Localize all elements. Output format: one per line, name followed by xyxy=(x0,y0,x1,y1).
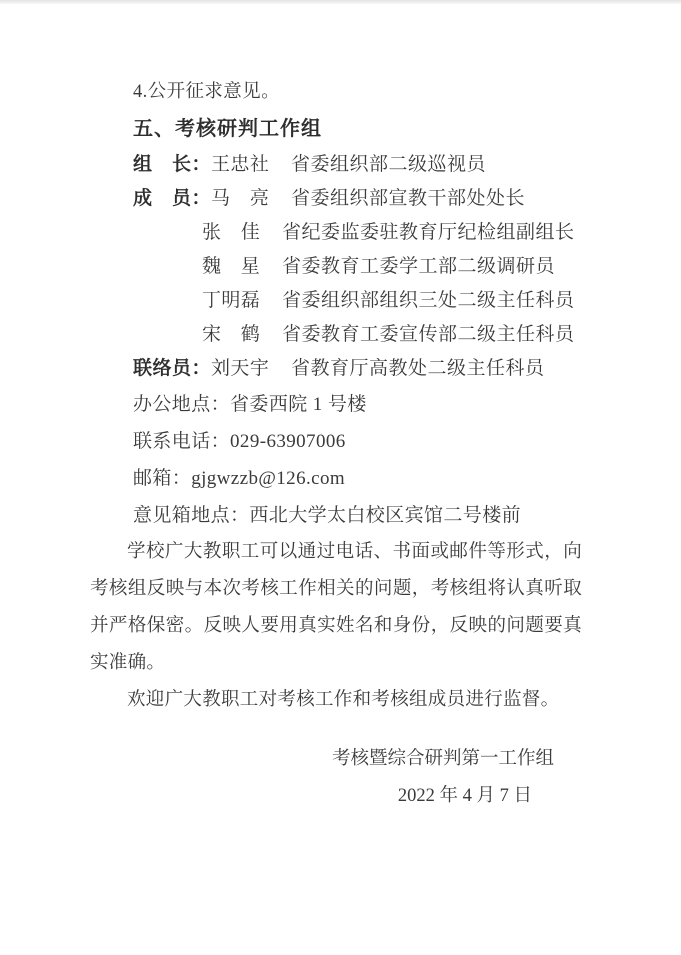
body-paragraph: 欢迎广大教职工对考核工作和考核组成员进行监督。 xyxy=(90,682,582,719)
contact-label: 联系电话： xyxy=(133,431,230,452)
roster-title: 省纪委监委驻教育厅纪检组副组长 xyxy=(282,222,575,243)
page-top-edge xyxy=(0,0,681,4)
contact-row-office: 办公地点：省委西院 1 号楼 xyxy=(90,386,582,423)
roster-title: 省教育厅高教处二级主任科员 xyxy=(291,358,545,379)
roster-name: 魏 星 xyxy=(202,250,264,284)
intro-line: 4.公开征求意见。 xyxy=(90,74,582,111)
signature-block: 考核暨综合研判第一工作组 2022 年 4 月 7 日 xyxy=(90,741,582,815)
contact-row-email: 邮箱：gjgwzzb@126.com xyxy=(90,460,582,497)
roster-row-member: 丁明磊省委组织部组织三处二级主任科员 xyxy=(90,284,582,318)
roster-row-member: 魏 星省委教育工委学工部二级调研员 xyxy=(90,250,582,284)
roster-label: 成 员： xyxy=(133,188,211,209)
roster-row-member: 宋 鹤省委教育工委宣传部二级主任科员 xyxy=(90,318,582,352)
body-paragraph: 学校广大教职工可以通过电话、书面或邮件等形式，向考核组反映与本次考核工作相关的问… xyxy=(90,534,582,682)
roster-label: 联络员： xyxy=(133,358,211,379)
contact-value: gjgwzzb@126.com xyxy=(191,468,345,489)
roster-title: 省委组织部组织三处二级主任科员 xyxy=(282,290,575,311)
section-heading: 五、考核研判工作组 xyxy=(90,111,582,148)
roster-name: 马 亮 xyxy=(211,182,273,216)
contact-value: 省委西院 1 号楼 xyxy=(230,394,367,415)
roster-row-liaison: 联络员：刘天宇省教育厅高教处二级主任科员 xyxy=(90,352,582,386)
roster-title: 省委教育工委宣传部二级主任科员 xyxy=(282,324,575,345)
roster-name: 张 佳 xyxy=(202,216,264,250)
contact-row-suggestion-box: 意见箱地点：西北大学太白校区宾馆二号楼前 xyxy=(90,497,582,534)
roster-name: 宋 鹤 xyxy=(202,318,264,352)
contact-label: 办公地点： xyxy=(133,394,230,415)
roster-name: 刘天宇 xyxy=(211,352,273,386)
contact-value: 西北大学太白校区宾馆二号楼前 xyxy=(249,505,521,526)
roster-title: 省委教育工委学工部二级调研员 xyxy=(282,256,555,277)
roster-name: 丁明磊 xyxy=(202,284,264,318)
signature-org: 考核暨综合研判第一工作组 xyxy=(90,741,582,778)
roster-row-member: 成 员：马 亮省委组织部宣教干部处处长 xyxy=(90,182,582,216)
roster-label: 组 长： xyxy=(133,154,211,175)
roster-name: 王忠社 xyxy=(211,148,273,182)
contact-label: 意见箱地点： xyxy=(133,505,249,526)
document-page: 4.公开征求意见。 五、考核研判工作组 组 长：王忠社省委组织部二级巡视员 成 … xyxy=(90,74,582,815)
roster-title: 省委组织部二级巡视员 xyxy=(291,154,486,175)
contact-label: 邮箱： xyxy=(133,468,191,489)
roster-row-leader: 组 长：王忠社省委组织部二级巡视员 xyxy=(90,148,582,182)
contact-value: 029-63907006 xyxy=(230,431,346,452)
roster-row-member: 张 佳省纪委监委驻教育厅纪检组副组长 xyxy=(90,216,582,250)
contact-row-phone: 联系电话：029-63907006 xyxy=(90,423,582,460)
roster-title: 省委组织部宣教干部处处长 xyxy=(291,188,525,209)
signature-date: 2022 年 4 月 7 日 xyxy=(90,778,582,815)
